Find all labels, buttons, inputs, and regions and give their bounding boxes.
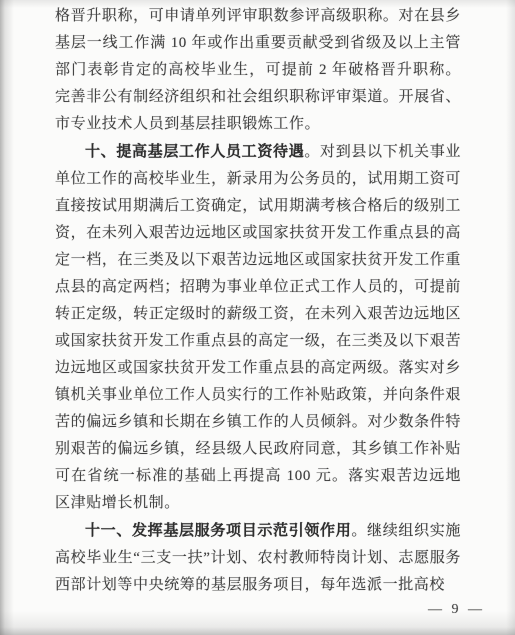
- paragraph: 格晋升职称，可申请单列评审职数参评高级职称。对在县乡基层一线工作满 10 年或作…: [55, 3, 461, 138]
- section-heading: 十一、发挥基层服务项目示范引领作用: [85, 522, 351, 539]
- body-text-run: 格晋升职称，可申请单列评审职数参评高级职称。对在县乡基层一线工作满 10 年或作…: [55, 8, 461, 132]
- body-text-run: 。对到县以下机关事业单位工作的高校毕业生，新录用为公务员的，试用期工资可直接按试…: [55, 144, 461, 511]
- scanned-document-page: 格晋升职称，可申请单列评审职数参评高级职称。对在县乡基层一线工作满 10 年或作…: [0, 0, 515, 635]
- paragraph: 十一、发挥基层服务项目示范引领作用。继续组织实施高校毕业生“三支一扶”计划、农村…: [55, 517, 461, 599]
- page-number: — 9 —: [428, 600, 485, 620]
- document-body: 格晋升职称，可申请单列评审职数参评高级职称。对在县乡基层一线工作满 10 年或作…: [55, 3, 461, 599]
- paragraph: 十、提高基层工作人员工资待遇。对到县以下机关事业单位工作的高校毕业生，新录用为公…: [55, 138, 461, 517]
- section-heading: 十、提高基层工作人员工资待遇: [85, 143, 304, 160]
